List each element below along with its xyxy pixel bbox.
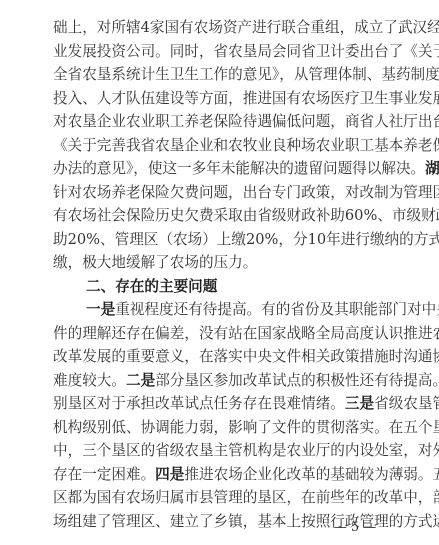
text-line: 础上，对所辖4家国有农场资产进行联合重组，成立了武汉经开农 xyxy=(53,17,389,39)
line-text: 省级农垦管理 xyxy=(374,395,439,412)
text-line: 一是重视程度还有待提高。有的省份及其职能部门对中央文 xyxy=(86,299,389,321)
text-line: 中，三个垦区的省级农垦主管机构是农业厅的内设处室，对外协调 xyxy=(53,440,389,462)
text-line: 区都为国有农场归属市县管理的垦区，在前些年的改革中，部分农 xyxy=(53,487,389,509)
line-text: 针对农场养老保险欠费问题，出台专门政策，对改制为管理区的国 xyxy=(53,184,439,201)
line-text: 区都为国有农场归属市县管理的垦区，在前些年的改革中，部分农 xyxy=(53,489,439,506)
text-line: 办法的意见》，使这一多年未能解决的遗留问题得以解决。湖南省 xyxy=(53,158,389,180)
line-text: 全省农垦系统计生卫生工作的意见》，从管理体制、基药制度、项目 xyxy=(53,66,439,83)
emphasis-text: 二是 xyxy=(126,372,155,389)
line-text: 改革发展的重要意义，在落实中央文件相关政策措施时沟通协调 xyxy=(53,348,439,365)
line-text: 难度较大。 xyxy=(53,372,126,389)
line-text: 部分垦区参加改革试点的积极性还有待提高。个 xyxy=(155,372,439,389)
text-line: 业发展投资公司。同时，省农垦局会同省卫计委出台了《关于加强 xyxy=(53,41,389,63)
text-line: 存在一定困难。四是推进农场企业化改革的基础较为薄弱。五垦 xyxy=(53,464,389,486)
line-text: 中，三个垦区的省级农垦主管机构是农业厅的内设处室，对外协调 xyxy=(53,442,439,459)
text-line: 缴，极大地缓解了农场的压力。 xyxy=(53,252,389,274)
line-text: 础上，对所辖4家国有农场资产进行联合重组，成立了武汉经开农 xyxy=(53,19,439,36)
text-line: 《关于完善我省农垦企业和农牧业良种场农业职工基本养老保险 xyxy=(53,135,389,157)
section-heading: 二、存在的主要问题 xyxy=(86,276,389,298)
line-text: 机构级别低、协调能力弱，影响了文件的贯彻落实。在五个垦区 xyxy=(53,419,439,436)
emphasis-text: 湖南省 xyxy=(425,160,439,177)
text-line: 别垦区对于承担改革试点任务存在畏难情绪。三是省级农垦管理 xyxy=(53,393,389,415)
text-line: 投入、人才队伍建设等方面，推进国有农场医疗卫生事业发展。针 xyxy=(53,88,389,110)
text-line: 针对农场养老保险欠费问题，出台专门政策，对改制为管理区的国 xyxy=(53,182,389,204)
text-line: 改革发展的重要意义，在落实中央文件相关政策措施时沟通协调 xyxy=(53,346,389,368)
line-text: 有农场社会保险历史欠费采取由省级财政补助60%、市级财政补 xyxy=(53,207,439,224)
text-line: 难度较大。二是部分垦区参加改革试点的积极性还有待提高。个 xyxy=(53,370,389,392)
emphasis-text: 三是 xyxy=(345,395,374,412)
line-text: 推进农场企业化改革的基础较为薄弱。五垦 xyxy=(184,466,439,483)
line-text: 重视程度还有待提高。有的省份及其职能部门对中央文 xyxy=(115,301,439,318)
page-number: — 5 — xyxy=(320,518,390,538)
text-line: 全省农垦系统计生卫生工作的意见》，从管理体制、基药制度、项目 xyxy=(53,64,389,86)
emphasis-text: 四是 xyxy=(155,466,184,483)
text-line: 助20%、管理区（农场）上缴20%，分10年进行缴纳的方式进行补 xyxy=(53,229,389,251)
text-line: 对农垦企业农业职工养老保险待遇偏低问题，商省人社厅出台了 xyxy=(53,111,389,133)
text-line: 机构级别低、协调能力弱，影响了文件的贯彻落实。在五个垦区 xyxy=(53,417,389,439)
line-text: 别垦区对于承担改革试点任务存在畏难情绪。 xyxy=(53,395,345,412)
line-text: 办法的意见》，使这一多年未能解决的遗留问题得以解决。 xyxy=(53,160,425,177)
line-text: 件的理解还存在偏差，没有站在国家战略全局高度认识推进农垦 xyxy=(53,325,439,342)
text-line: 有农场社会保险历史欠费采取由省级财政补助60%、市级财政补 xyxy=(53,205,389,227)
line-text: 投入、人才队伍建设等方面，推进国有农场医疗卫生事业发展。针 xyxy=(53,90,439,107)
document-page: 础上，对所辖4家国有农场资产进行联合重组，成立了武汉经开农 业发展投资公司。同时… xyxy=(0,0,439,545)
line-text: 业发展投资公司。同时，省农垦局会同省卫计委出台了《关于加强 xyxy=(53,43,439,60)
line-text: 缴，极大地缓解了农场的压力。 xyxy=(53,254,257,271)
line-text: 助20%、管理区（农场）上缴20%，分10年进行缴纳的方式进行补 xyxy=(53,231,439,248)
emphasis-text: 一是 xyxy=(86,301,115,318)
line-text: 《关于完善我省农垦企业和农牧业良种场农业职工基本养老保险 xyxy=(53,137,439,154)
heading-text: 二、存在的主要问题 xyxy=(86,278,217,295)
line-text: 存在一定困难。 xyxy=(53,466,155,483)
text-line: 件的理解还存在偏差，没有站在国家战略全局高度认识推进农垦 xyxy=(53,323,389,345)
line-text: 对农垦企业农业职工养老保险待遇偏低问题，商省人社厅出台了 xyxy=(53,113,439,130)
